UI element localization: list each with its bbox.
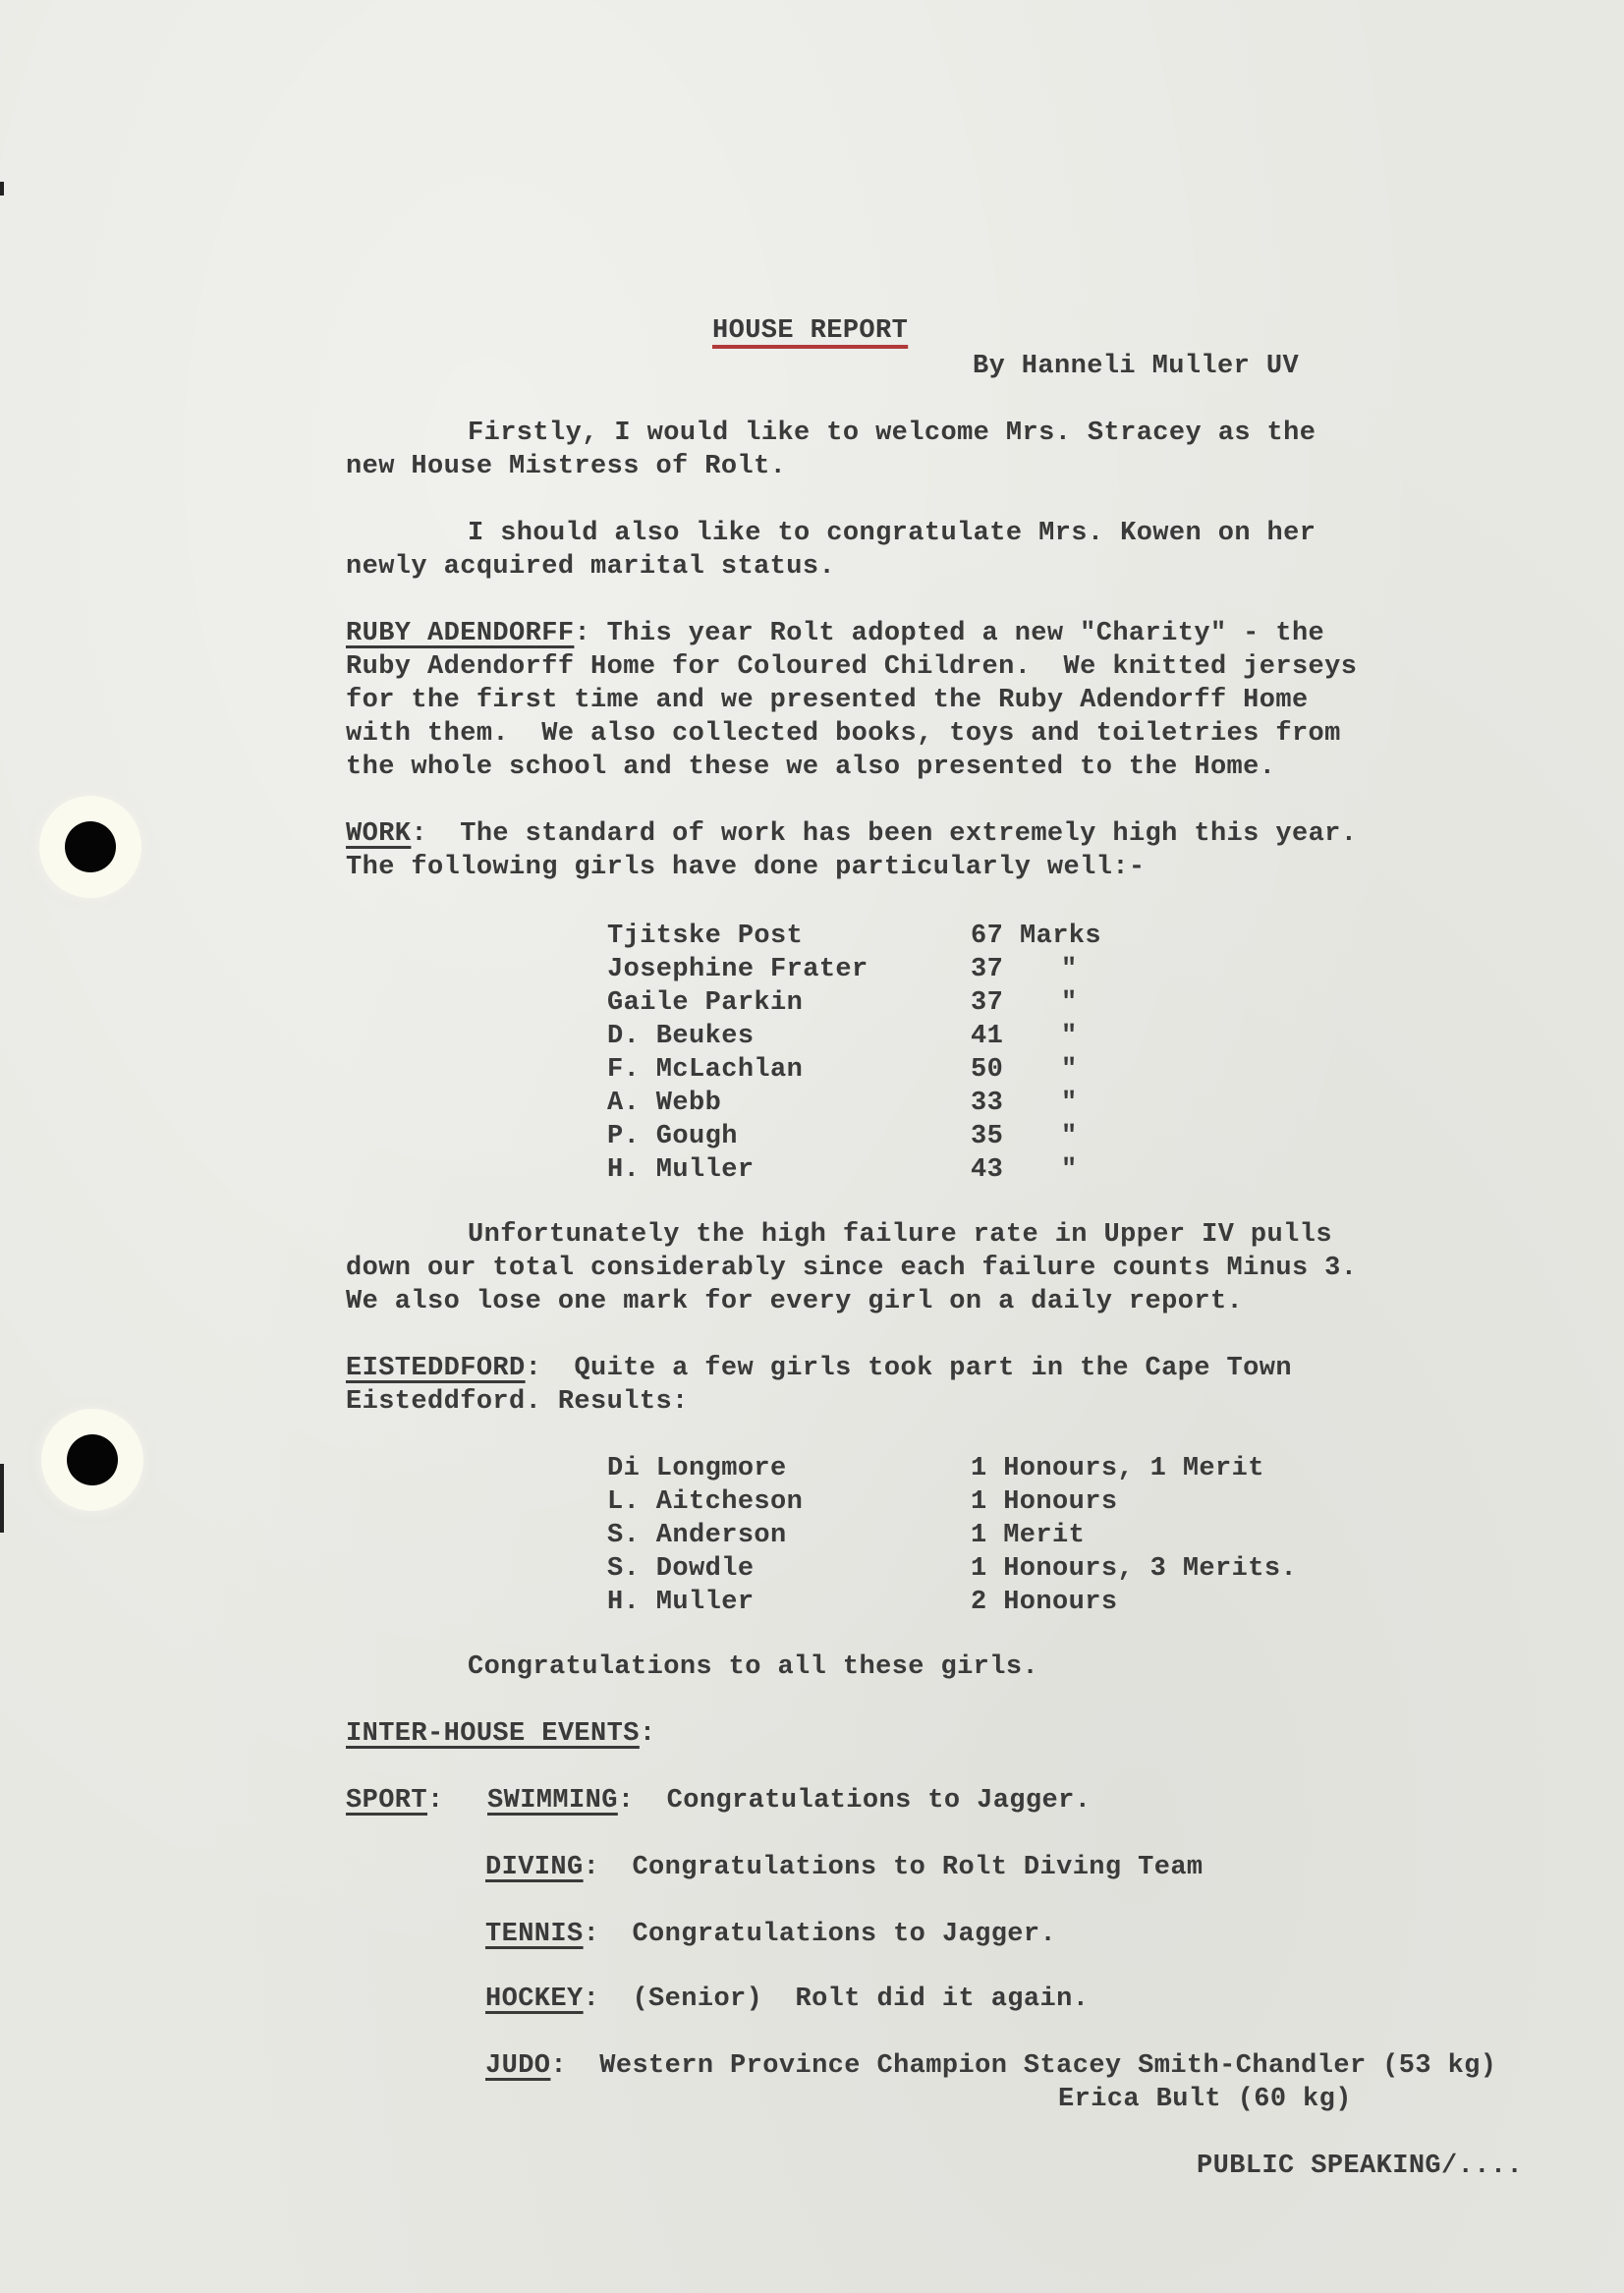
eisteddford-line2: Eisteddford. Results: — [346, 1385, 689, 1419]
punch-hole — [65, 821, 116, 872]
student-name: S. Dowdle — [607, 1552, 754, 1586]
work-line2: The following girls have done particular… — [346, 851, 1146, 884]
student-name: F. McLachlan — [607, 1053, 803, 1087]
student-name: Gaile Parkin — [607, 986, 803, 1020]
intro-para1-line1: Firstly, I would like to welcome Mrs. St… — [468, 417, 1316, 450]
events-heading: INTER-HOUSE EVENTS — [346, 1719, 640, 1749]
student-name: S. Anderson — [607, 1519, 787, 1552]
student-name: H. Muller — [607, 1586, 754, 1619]
work-after-line3: We also lose one mark for every girl on … — [346, 1285, 1243, 1318]
result-value: 1 Honours, 3 Merits. — [971, 1552, 1297, 1586]
edge-mark — [0, 182, 4, 196]
eisteddford-line1: EISTEDDFORD: Quite a few girls took part… — [346, 1352, 1292, 1385]
event-label: HOCKEY — [485, 1985, 584, 2014]
student-name: L. Aitcheson — [607, 1485, 803, 1519]
judo-line2: Erica Bult (60 kg) — [1058, 2083, 1352, 2116]
typewritten-page: HOUSE REPORT By Hanneli Muller UV Firstl… — [0, 0, 1624, 2293]
score-unit: " — [1061, 986, 1078, 1020]
student-name: Tjitske Post — [607, 920, 803, 953]
ruby-heading: RUBY ADENDORFF — [346, 619, 574, 648]
colon: : — [640, 1719, 656, 1749]
student-name: H. Muller — [607, 1153, 754, 1187]
student-name: Di Longmore — [607, 1452, 787, 1485]
work-heading: WORK — [346, 819, 411, 849]
event-line-swimming: SWIMMING: Congratulations to Jagger. — [487, 1784, 1091, 1818]
student-score: 33 — [971, 1087, 1003, 1120]
student-name: P. Gough — [607, 1120, 738, 1153]
page-title: HOUSE REPORT — [712, 314, 908, 348]
result-value: 1 Honours — [971, 1485, 1117, 1519]
student-name: A. Webb — [607, 1087, 721, 1120]
event-line-hockey: HOCKEY: (Senior) Rolt did it again. — [485, 1983, 1089, 2016]
intro-para2-line1: I should also like to congratulate Mrs. … — [468, 517, 1316, 550]
score-unit: Marks — [1020, 920, 1101, 953]
work-line1: WORK: The standard of work has been extr… — [346, 817, 1357, 851]
result-value: 1 Honours, 1 Merit — [971, 1452, 1264, 1485]
event-text: (Senior) Rolt did it again. — [632, 1985, 1089, 2014]
student-score: 50 — [971, 1053, 1003, 1087]
event-label: TENNIS — [485, 1920, 584, 1949]
score-unit: " — [1061, 1153, 1078, 1187]
punch-hole — [67, 1434, 118, 1485]
event-text: Congratulations to Rolt Diving Team — [632, 1853, 1203, 1882]
score-unit: " — [1061, 1053, 1078, 1087]
student-name: Josephine Frater — [607, 953, 868, 986]
ruby-line3: for the first time and we presented the … — [346, 684, 1309, 717]
continued-note: PUBLIC SPEAKING/.... — [1197, 2150, 1523, 2183]
event-line-judo: JUDO: Western Province Champion Stacey S… — [485, 2049, 1496, 2083]
event-line-tennis: TENNIS: Congratulations to Jagger. — [485, 1918, 1056, 1951]
byline: By Hanneli Muller UV — [973, 350, 1299, 383]
event-label: JUDO — [485, 2051, 550, 2081]
result-value: 2 Honours — [971, 1586, 1117, 1619]
ruby-line5: the whole school and these we also prese… — [346, 751, 1275, 784]
event-text: Western Province Champion Stacey Smith-C… — [599, 2051, 1496, 2081]
result-value: 1 Merit — [971, 1519, 1085, 1552]
ruby-line4: with them. We also collected books, toys… — [346, 717, 1341, 751]
eisteddford-congrats: Congratulations to all these girls. — [468, 1650, 1038, 1684]
score-unit: " — [1061, 1087, 1078, 1120]
work-after-line2: down our total considerably since each f… — [346, 1252, 1357, 1285]
student-score: 43 — [971, 1153, 1003, 1187]
event-label: DIVING — [485, 1853, 584, 1882]
sport-label-line: SPORT: — [346, 1784, 444, 1818]
event-label: SWIMMING — [487, 1786, 618, 1816]
work-after-line1: Unfortunately the high failure rate in U… — [468, 1218, 1332, 1252]
student-score: 41 — [971, 1020, 1003, 1053]
intro-para2-line2: newly acquired marital status. — [346, 550, 835, 584]
event-text: Congratulations to Jagger. — [667, 1786, 1092, 1816]
score-unit: " — [1061, 953, 1078, 986]
score-unit: " — [1061, 1020, 1078, 1053]
event-line-diving: DIVING: Congratulations to Rolt Diving T… — [485, 1851, 1204, 1884]
student-score: 67 — [971, 920, 1003, 953]
student-score: 37 — [971, 986, 1003, 1020]
intro-para1-line2: new House Mistress of Rolt. — [346, 450, 786, 483]
event-text: Congratulations to Jagger. — [632, 1920, 1056, 1949]
ruby-line1: RUBY ADENDORFF: This year Rolt adopted a… — [346, 617, 1324, 650]
sport-label: SPORT — [346, 1786, 427, 1816]
events-heading-line: INTER-HOUSE EVENTS: — [346, 1717, 655, 1751]
student-name: D. Beukes — [607, 1020, 754, 1053]
eisteddford-heading: EISTEDDFORD — [346, 1354, 526, 1383]
edge-mark — [0, 1464, 4, 1533]
ruby-line2: Ruby Adendorff Home for Coloured Childre… — [346, 650, 1357, 684]
student-score: 37 — [971, 953, 1003, 986]
score-unit: " — [1061, 1120, 1078, 1153]
student-score: 35 — [971, 1120, 1003, 1153]
